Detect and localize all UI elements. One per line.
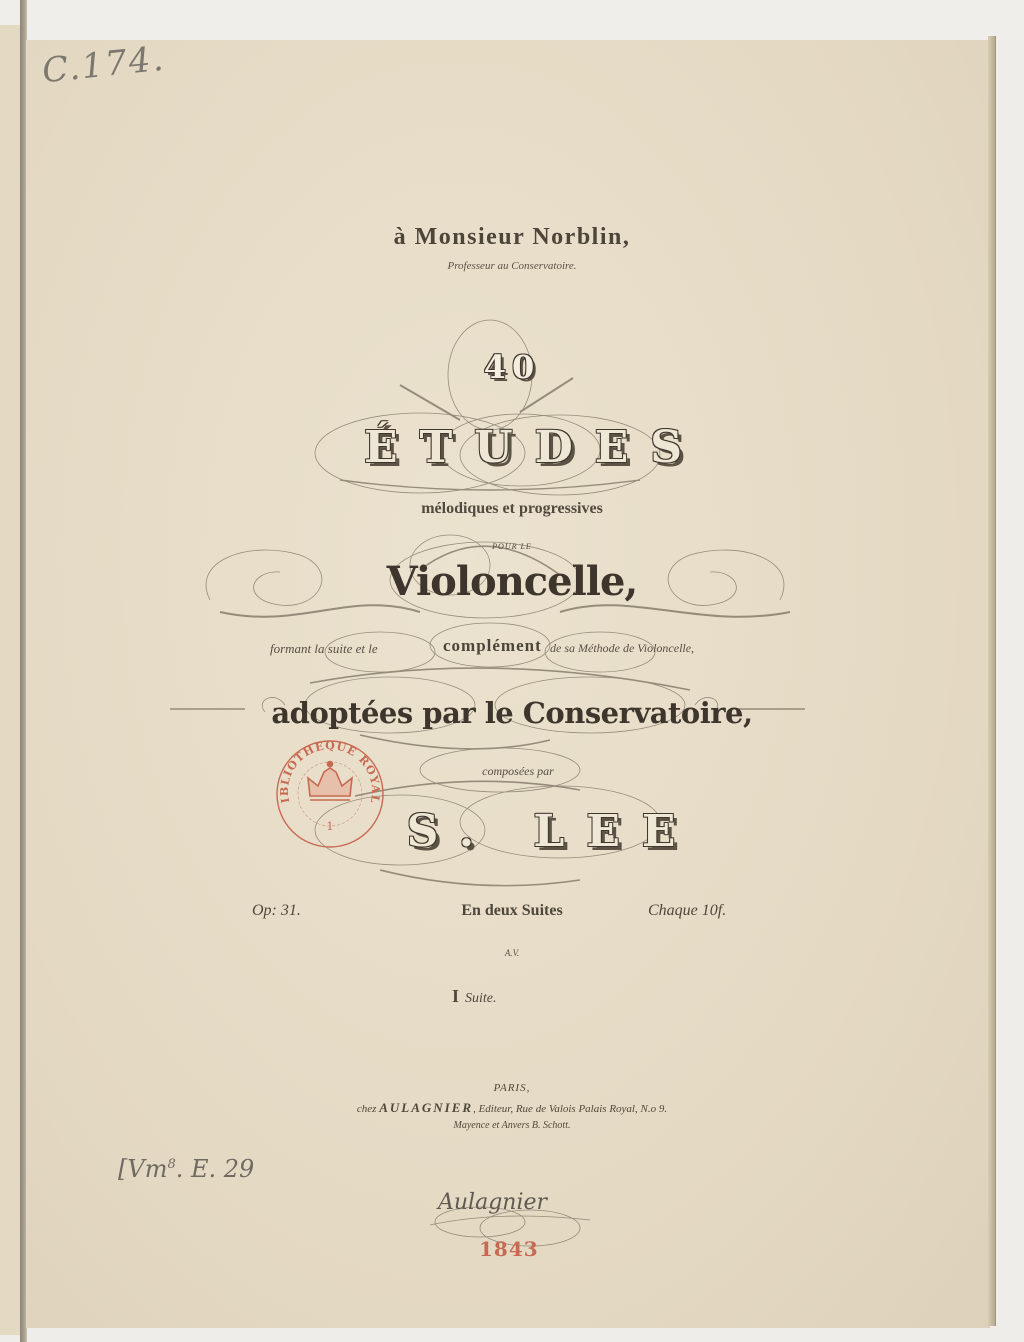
av-mark: A.V. [0,948,1024,958]
suite-number: I [452,986,459,1006]
call-prefix: Vm [127,1155,167,1183]
suite-text: Suite. [465,991,497,1006]
publisher-address: , Editeur, Rue de Valois Palais Royal, N… [473,1103,667,1115]
stamp-graphic: BIBLIOTHEQUE ROYALE 1 [274,738,386,850]
call-bracket: [ [118,1155,127,1183]
instrument-title: Violoncelle, [0,558,1024,605]
dedication-subtitle: Professeur au Conservatoire. [0,260,1024,272]
price-text: Chaque 10f. [648,902,726,920]
suite-label: ISuite. [452,986,497,1007]
complement-text: complément [443,636,542,656]
calligraphic-flourishes [0,0,1024,1342]
etude-count: 40 [0,348,1024,386]
adoptees-text: adoptées par le Conservatoire, [0,696,1024,730]
pour-le-label: POUR LE [0,542,1024,551]
publisher-line: chez AULAGNIER, Editeur, Rue de Valois P… [0,1100,1024,1116]
call-sup: 8 [167,1157,175,1172]
methode-text: de sa Méthode de Violoncelle, [550,641,694,656]
main-title: ÉTUDES [0,422,1024,473]
crown-icon [308,762,352,801]
publisher-chez: chez [357,1103,377,1115]
composer-name: S. LEE [0,806,1024,857]
call-suffix: . E. 29 [176,1155,255,1183]
deux-suites-text: En deux Suites [0,902,1024,920]
formant-text: formant la suite et le [270,641,378,657]
stamp-number: 1 [327,820,334,833]
call-number-annotation: [Vm8. E. 29 [118,1155,254,1183]
publisher-city: PARIS, [0,1082,1024,1094]
year-stamp: 1843 [479,1237,539,1261]
subtitle: mélodiques et progressives [0,500,1024,518]
publisher-agents: Mayence et Anvers B. Schott. [0,1120,1024,1131]
publisher-signature: Aulagnier [438,1190,547,1215]
dedication: à Monsieur Norblin, [0,224,1024,251]
composees-par: composées par [0,764,1024,779]
library-stamp: BIBLIOTHEQUE ROYALE 1 [274,738,386,850]
publisher-name: AULAGNIER [379,1100,473,1115]
